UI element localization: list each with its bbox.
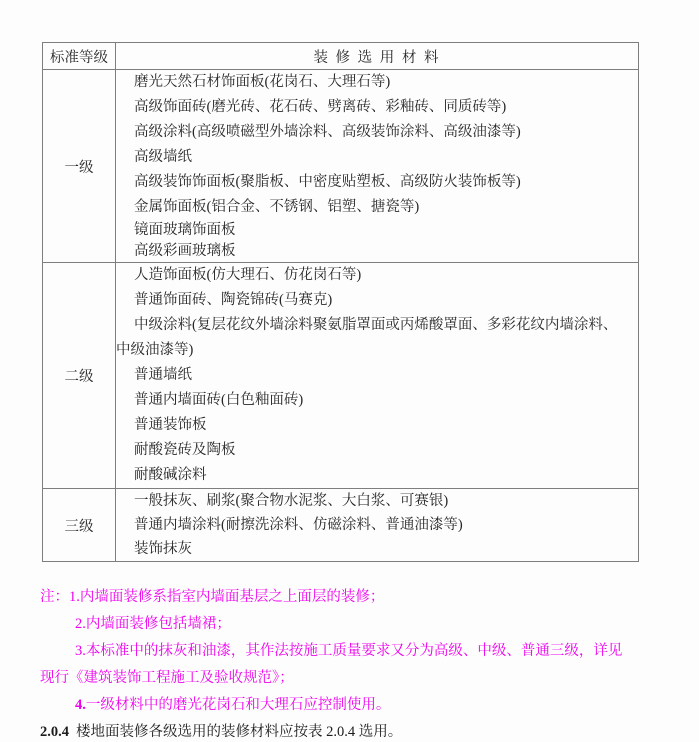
materials-list-grade1: 磨光天然石材饰面板(花岗石、大理石等) 高级饰面砖(磨光砖、花石砖、劈离砖、彩釉… bbox=[116, 70, 639, 263]
clause-text: 楼地面装修各级选用的装修材料应按表 2.0.4 选用。 bbox=[76, 724, 402, 740]
note-2: 2.内墙面装修包括墙裙； bbox=[40, 611, 680, 638]
material-item: 普通内墙面砖(白色釉面砖) bbox=[116, 388, 638, 413]
table-row-grade3: 三级 一般抹灰、刷浆(聚合物水泥浆、大白浆、可赛银) 普通内墙涂料(耐擦洗涂料、… bbox=[43, 489, 639, 562]
materials-list-grade3: 一般抹灰、刷浆(聚合物水泥浆、大白浆、可赛银) 普通内墙涂料(耐擦洗涂料、仿磁涂… bbox=[116, 489, 639, 562]
header-grade: 标准等级 bbox=[43, 43, 116, 70]
material-item: 高级彩画玻璃板 bbox=[116, 241, 638, 262]
document-page: 标准等级 装 修 选 用 材 料 一级 磨光天然石材饰面板(花岗石、大理石等) … bbox=[0, 0, 699, 742]
grade-label-2: 二级 bbox=[43, 263, 116, 489]
material-item: 高级墙纸 bbox=[116, 145, 638, 170]
header-materials: 装 修 选 用 材 料 bbox=[116, 43, 639, 70]
materials-table: 标准等级 装 修 选 用 材 料 一级 磨光天然石材饰面板(花岗石、大理石等) … bbox=[42, 42, 639, 562]
note-4-number: 4. bbox=[75, 697, 86, 713]
note-3: 3.本标准中的抹灰和油漆，其作法按施工质量要求又分为高级、中级、普通三级，详见 bbox=[40, 638, 680, 665]
material-item: 中级涂料(复层花纹外墙涂料聚氨脂罩面或丙烯酸罩面、多彩花纹内墙涂料、 bbox=[116, 313, 638, 338]
note-4-text: 一级材料中的磨光花岗石和大理石应控制使用。 bbox=[86, 697, 391, 713]
note-1: 注：1.内墙面装修系指室内墙面基层之上面层的装修； bbox=[40, 584, 680, 611]
material-item: 装饰抹灰 bbox=[116, 537, 638, 561]
material-item: 普通装饰板 bbox=[116, 413, 638, 438]
table-row-grade1: 一级 磨光天然石材饰面板(花岗石、大理石等) 高级饰面砖(磨光砖、花石砖、劈离砖… bbox=[43, 70, 639, 263]
material-item: 高级涂料(高级喷磁型外墙涂料、高级装饰涂料、高级油漆等) bbox=[116, 120, 638, 145]
material-item: 普通内墙涂料(耐擦洗涂料、仿磁涂料、普通油漆等) bbox=[116, 513, 638, 537]
note-4: 4.一级材料中的磨光花岗石和大理石应控制使用。 bbox=[40, 692, 680, 719]
table-header-row: 标准等级 装 修 选 用 材 料 bbox=[43, 43, 639, 70]
grade-label-1: 一级 bbox=[43, 70, 116, 263]
table-row-grade2: 二级 人造饰面板(仿大理石、仿花岗石等) 普通饰面砖、陶瓷锦砖(马赛克) 中级涂… bbox=[43, 263, 639, 489]
material-item: 镜面玻璃饰面板 bbox=[116, 220, 638, 241]
material-item: 一般抹灰、刷浆(聚合物水泥浆、大白浆、可赛银) bbox=[116, 489, 638, 513]
clause-2-0-4: 2.0.4楼地面装修各级选用的装修材料应按表 2.0.4 选用。 bbox=[40, 719, 680, 742]
material-item: 人造饰面板(仿大理石、仿花岗石等) bbox=[116, 263, 638, 288]
material-item: 高级饰面砖(磨光砖、花石砖、劈离砖、彩釉砖、同质砖等) bbox=[116, 95, 638, 120]
material-item: 耐酸碱涂料 bbox=[116, 463, 638, 488]
material-item: 高级装饰饰面板(聚脂板、中密度贴塑板、高级防火装饰板等) bbox=[116, 170, 638, 195]
grade-label-3: 三级 bbox=[43, 489, 116, 562]
material-item-continuation: 中级油漆等) bbox=[116, 338, 638, 363]
material-item: 普通墙纸 bbox=[116, 363, 638, 388]
footnotes-block: 注：1.内墙面装修系指室内墙面基层之上面层的装修； 2.内墙面装修包括墙裙； 3… bbox=[40, 584, 680, 742]
clause-number: 2.0.4 bbox=[40, 724, 69, 740]
material-item: 磨光天然石材饰面板(花岗石、大理石等) bbox=[116, 70, 638, 95]
material-item: 耐酸瓷砖及陶板 bbox=[116, 438, 638, 463]
note-3-continuation: 现行《建筑装饰工程施工及验收规范》； bbox=[40, 665, 680, 692]
material-item: 金属饰面板(铝合金、不锈钢、铝塑、搪瓷等) bbox=[116, 195, 638, 220]
material-item: 普通饰面砖、陶瓷锦砖(马赛克) bbox=[116, 288, 638, 313]
materials-list-grade2: 人造饰面板(仿大理石、仿花岗石等) 普通饰面砖、陶瓷锦砖(马赛克) 中级涂料(复… bbox=[116, 263, 639, 489]
